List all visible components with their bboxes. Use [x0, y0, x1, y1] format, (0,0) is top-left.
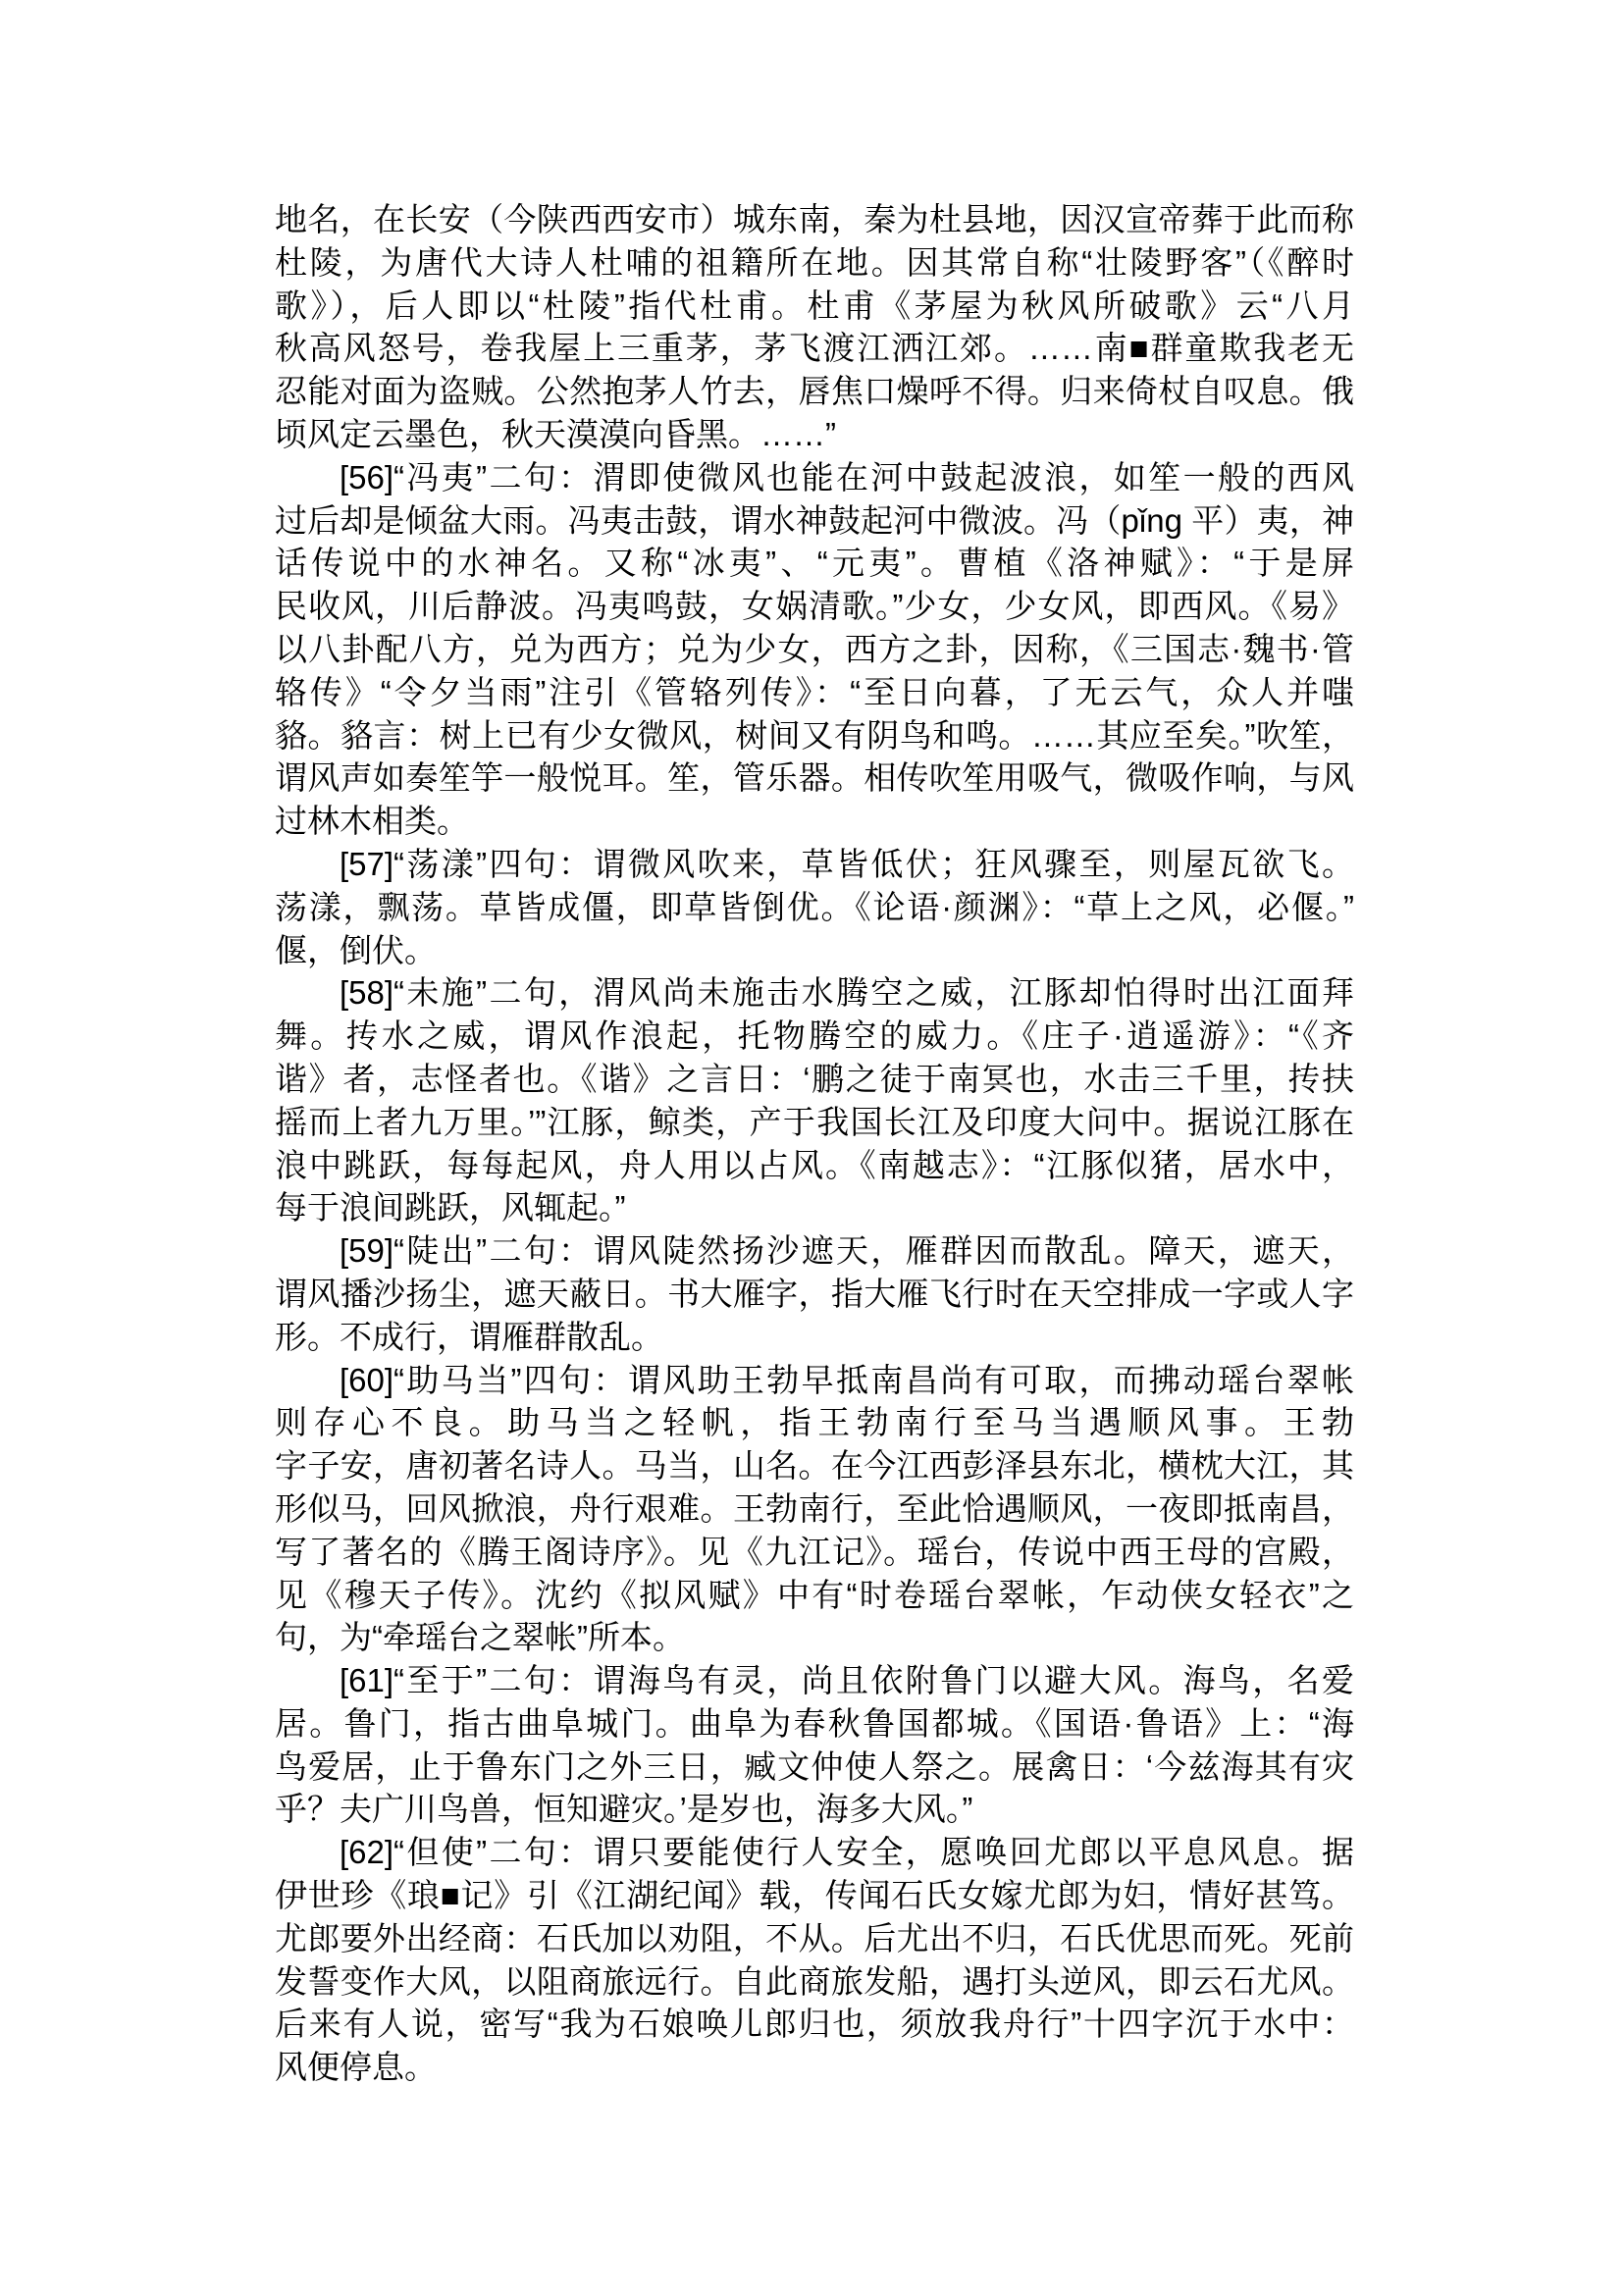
text-line: 谓风播沙扬尘，遮天蔽日。书大雁字，指大雁飞行时在天空排成一字或人字	[275, 1273, 1354, 1316]
text-line: 伊世珍《琅■记》引《江湖纪闻》载，传闻石氏女嫁尤郎为妇，情好甚笃。	[275, 1874, 1354, 1917]
note-59-start-line: [59]“陡出”二句：谓风陡然扬沙遮天，雁群因而散乱。障天，遮天，	[275, 1229, 1354, 1273]
note-56-start-line: [56]“冯夷”二句：渭即使微风也能在河中鼓起波浪，如笙一般的西风	[275, 456, 1354, 499]
text-line: 见《穆天子传》。沈约《拟风赋》中有“时卷瑶台翠帐，乍动侠女轻衣”之	[275, 1574, 1354, 1617]
text-line: 浪中跳跃，每每起风，舟人用以占风。《南越志》：“江豚似猪，居水中，	[275, 1144, 1354, 1187]
text-line: 尤郎要外出经商：石氏加以劝阻，不从。后尤出不归，石氏优思而死。死前	[275, 1917, 1354, 1960]
text-line: 以八卦配八方，兑为西方；兑为少女，西方之卦，因称，《三国志·魏书·管	[275, 628, 1354, 671]
text-line: 荡漾，飘荡。草皆成僵，即草皆倒优。《论语·颜渊》：“草上之风，必偃。”	[275, 886, 1354, 929]
note-58-start-line: [58]“未施”二句，渭风尚未施击水腾空之威，江豚却怕得时出江面拜	[275, 971, 1354, 1015]
text-line: 偃，倒伏。	[275, 929, 1354, 972]
text-line: 话传说中的水神名。又称“冰夷”、“元夷”。曹植《洛神赋》：“于是屏	[275, 542, 1354, 585]
note-57-start-line: [57]“荡漾”四句：谓微风吹来，草皆低伏；狂风骤至，则屋瓦欲飞。	[275, 843, 1354, 886]
text-line: 字子安，唐初著名诗人。马当，山名。在今江西彭泽县东北，横枕大江，其	[275, 1444, 1354, 1487]
text-line: 则存心不良。助马当之轻帆，指王勃南行至马当遇顺风事。王勃（650676），	[275, 1401, 1354, 1444]
text-line: 秋高风怒号，卷我屋上三重茅，茅飞渡江洒江郊。……南■群童欺我老无力，	[275, 327, 1354, 370]
text-line: 貉。貉言：树上已有少女微风，树间又有阴鸟和鸣。……其应至矣。”吹笙，	[275, 714, 1354, 757]
note-60-start-line: [60]“助马当”四句：谓风助王勃早抵南昌尚有可取，而拂动瑶台翠帐	[275, 1359, 1354, 1402]
text-line: 谐》者，志怪者也。《谐》之言日：‘鹏之徒于南冥也，水击三千里，抟扶	[275, 1058, 1354, 1101]
text-line: 形。不成行，谓雁群散乱。	[275, 1316, 1354, 1359]
text-line: 忍能对面为盗贼。公然抱茅人竹去，唇焦口燥呼不得。归来倚杖自叹息。俄	[275, 370, 1354, 413]
text-line: 乎？夫广川鸟兽，恒知避灾。’是岁也，海多大风。”	[275, 1788, 1354, 1831]
text-line: 发誓变作大风，以阻商旅远行。自此商旅发船，遇打头逆风，即云石尤风。	[275, 1960, 1354, 2004]
note-61-start-line: [61]“至于”二句：谓海鸟有灵，尚且依附鲁门以避大风。海鸟，名爱	[275, 1659, 1354, 1702]
text-line: 顷风定云墨色，秋天漠漠向昏黑。……”	[275, 413, 1354, 456]
text-line: 写了著名的《腾王阁诗序》。见《九江记》。瑶台，传说中西王母的宫殿，	[275, 1531, 1354, 1574]
text-line: 辂传》“令夕当雨”注引《管辂列传》：“至日向暮，了无云气，众人并嗤	[275, 671, 1354, 714]
text-line: 风便停息。	[275, 2046, 1354, 2089]
text-line: 过林木相类。	[275, 800, 1354, 843]
text-line: 地名，在长安（今陕西西安市）城东南，秦为杜县地，因汉宣帝葬于此而称	[275, 198, 1354, 241]
text-line: 杜陵，为唐代大诗人杜哺的祖籍所在地。因其常自称“壮陵野客”（《醉时	[275, 241, 1354, 285]
text-line: 每于浪间跳跃，风辄起。”	[275, 1186, 1354, 1229]
text-line: 谓风声如奏笙竽一般悦耳。笙，管乐器。相传吹笙用吸气，微吸作响，与风	[275, 756, 1354, 800]
annotation-text-block: 地名，在长安（今陕西西安市）城东南，秦为杜县地，因汉宣帝葬于此而称 杜陵，为唐代…	[275, 198, 1354, 2089]
text-line: 后来有人说，密写“我为石娘唤儿郎归也，须放我舟行”十四字沉于水中：	[275, 2003, 1354, 2046]
book-page: 地名，在长安（今陕西西安市）城东南，秦为杜县地，因汉宣帝葬于此而称 杜陵，为唐代…	[0, 0, 1624, 2294]
note-62-start-line: [62]“但使”二句：谓只要能使行人安全，愿唤回尤郎以平息风息。据	[275, 1831, 1354, 1874]
text-line: 歌》），后人即以“杜陵”指代杜甫。杜甫《茅屋为秋风所破歌》云“八月	[275, 285, 1354, 328]
text-line: 舞。抟水之威，谓风作浪起，托物腾空的威力。《庄子·逍遥游》：“《齐	[275, 1015, 1354, 1058]
text-line: 句，为“牵瑶台之翠帐”所本。	[275, 1616, 1354, 1659]
text-line: 居。鲁门，指古曲阜城门。曲阜为春秋鲁国都城。《国语·鲁语》上：“海	[275, 1702, 1354, 1746]
text-line: 形似马，回风掀浪，舟行艰难。王勃南行，至此恰遇顺风，一夜即抵南昌，	[275, 1487, 1354, 1531]
text-line: 鸟爱居，止于鲁东门之外三日，臧文仲使人祭之。展禽日：‘今兹海其有灾	[275, 1746, 1354, 1789]
text-line: 摇而上者九万里。’”江豚，鲸类，产于我国长江及印度大问中。据说江豚在	[275, 1101, 1354, 1144]
text-line: 民收风，川后静波。冯夷鸣鼓，女娲清歌。”少女，少女风，即西风。《易》	[275, 585, 1354, 628]
text-line: 过后却是倾盆大雨。冯夷击鼓，谓水神鼓起河中微波。冯（pǐng 平）夷，神	[275, 499, 1354, 543]
